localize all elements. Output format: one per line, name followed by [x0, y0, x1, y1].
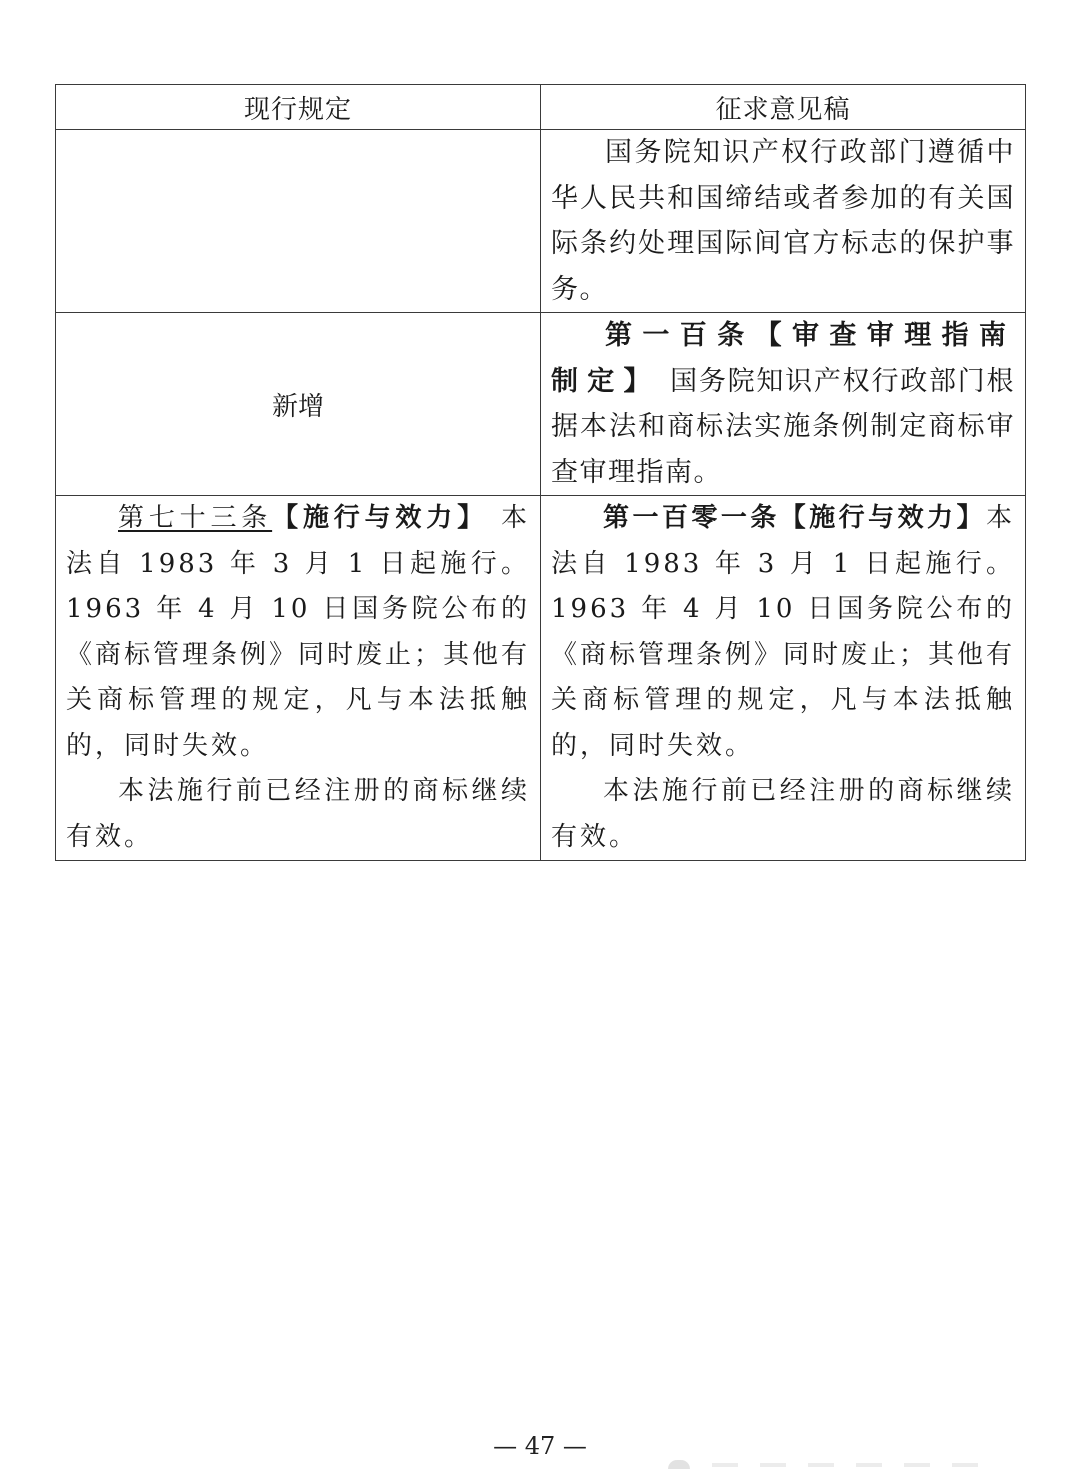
column-header-current: 现行规定 — [56, 85, 541, 130]
watermark-fragment — [712, 1463, 738, 1467]
watermark-logo-icon — [668, 1460, 1068, 1469]
draft-paragraph: 第一百条【审查审理指南制定】 国务院知识产权行政部门根据本法和商标法实施条例制定… — [551, 313, 1015, 495]
draft-paragraph: 第一百零一条【施行与效力】本法自 1983 年 3 月 1 日起施行。1963 … — [551, 496, 1015, 769]
draft-cell: 国务院知识产权行政部门遵循中华人民共和国缔结或者参加的有关国际条约处理国际间官方… — [541, 130, 1026, 313]
draft-cell: 第一百条【审查审理指南制定】 国务院知识产权行政部门根据本法和商标法实施条例制定… — [541, 313, 1026, 496]
article-body: 本法自 1983 年 3 月 1 日起施行。1963 年 4 月 10 日国务院… — [66, 503, 530, 761]
watermark-circle-icon — [668, 1460, 690, 1469]
watermark-fragment — [808, 1463, 834, 1467]
page-number: — 47 — — [0, 1432, 1080, 1460]
watermark-fragment — [904, 1463, 930, 1467]
article-heading: 第一百零一条【施行与效力】 — [603, 503, 986, 533]
article-number: 第七十三条 — [118, 503, 272, 533]
article-body: 本法自 1983 年 3 月 1 日起施行。1963 年 4 月 10 日国务院… — [551, 503, 1015, 761]
watermark-fragment — [856, 1463, 882, 1467]
current-paragraph: 第七十三条【施行与效力】 本法自 1983 年 3 月 1 日起施行。1963 … — [66, 496, 530, 769]
comparison-table: 现行规定 征求意见稿 国务院知识产权行政部门遵循中华人民共和国缔结或者参加的有关… — [55, 84, 1026, 861]
article-title: 【施行与效力】 — [272, 503, 488, 533]
watermark-fragment — [952, 1463, 978, 1467]
column-header-draft: 征求意见稿 — [541, 85, 1026, 130]
draft-paragraph: 国务院知识产权行政部门遵循中华人民共和国缔结或者参加的有关国际条约处理国际间官方… — [551, 130, 1015, 312]
table-row: 新增 第一百条【审查审理指南制定】 国务院知识产权行政部门根据本法和商标法实施条… — [56, 313, 1026, 496]
draft-paragraph-2: 本法施行前已经注册的商标继续有效。 — [551, 769, 1015, 860]
draft-cell: 第一百零一条【施行与效力】本法自 1983 年 3 月 1 日起施行。1963 … — [541, 496, 1026, 861]
current-cell-new: 新增 — [56, 313, 541, 496]
current-cell-empty — [56, 130, 541, 313]
current-paragraph-2: 本法施行前已经注册的商标继续有效。 — [66, 769, 530, 860]
table-header-row: 现行规定 征求意见稿 — [56, 85, 1026, 130]
table-row: 第七十三条【施行与效力】 本法自 1983 年 3 月 1 日起施行。1963 … — [56, 496, 1026, 861]
table-row: 国务院知识产权行政部门遵循中华人民共和国缔结或者参加的有关国际条约处理国际间官方… — [56, 130, 1026, 313]
watermark-fragment — [760, 1463, 786, 1467]
current-cell: 第七十三条【施行与效力】 本法自 1983 年 3 月 1 日起施行。1963 … — [56, 496, 541, 861]
